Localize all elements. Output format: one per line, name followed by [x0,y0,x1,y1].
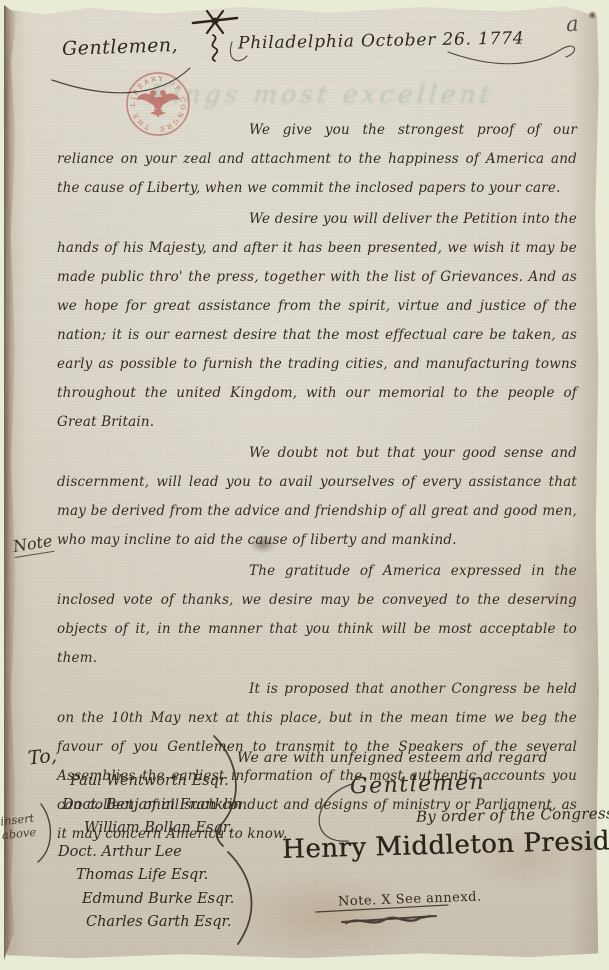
insert-above-note: insert above [0,810,46,842]
letter-paragraph: The gratitude of America expressed in th… [57,557,577,673]
double-eagle-icon [136,90,180,118]
salutation: Gentlemen, [62,34,179,60]
letter-paragraph: We doubt not but that your good sense an… [57,439,577,555]
bleed-through-text: Kings most excellent [148,80,571,109]
page-marker: a [565,12,579,37]
addressee-name: Edmund Burke Esqr. [58,888,258,912]
letter-paragraph: We desire you will deliver the Petition … [57,205,577,437]
addressee-name: Doct. Benjamin Franklin [58,794,258,818]
closing-regard: We are with unfeigned esteem and regard [237,750,548,766]
by-order-line: By order of the Congress [416,804,609,825]
letter-paragraph: We give you the strongest proof of our r… [57,116,577,203]
addressee-name: Thomas Life Esqr. [58,864,258,888]
addressee-name: Doct. Arthur Lee [58,841,258,865]
addressee-list: Paul Wentworth Esqr. Doct. Benjamin Fran… [58,770,258,935]
manuscript-page: Kings most excellent THE LIBRARY OF CONG… [0,0,609,970]
addressee-name: Paul Wentworth Esqr. [58,770,258,794]
letter-body: We give you the strongest proof of our r… [57,116,577,851]
addressee-label: To, [27,745,58,770]
addressee-name: Charles Garth Esqr. [58,911,258,935]
addressee-name: William Bollan Esqr. [58,817,258,841]
closing-gentlemen: Gentlemen [350,770,486,800]
